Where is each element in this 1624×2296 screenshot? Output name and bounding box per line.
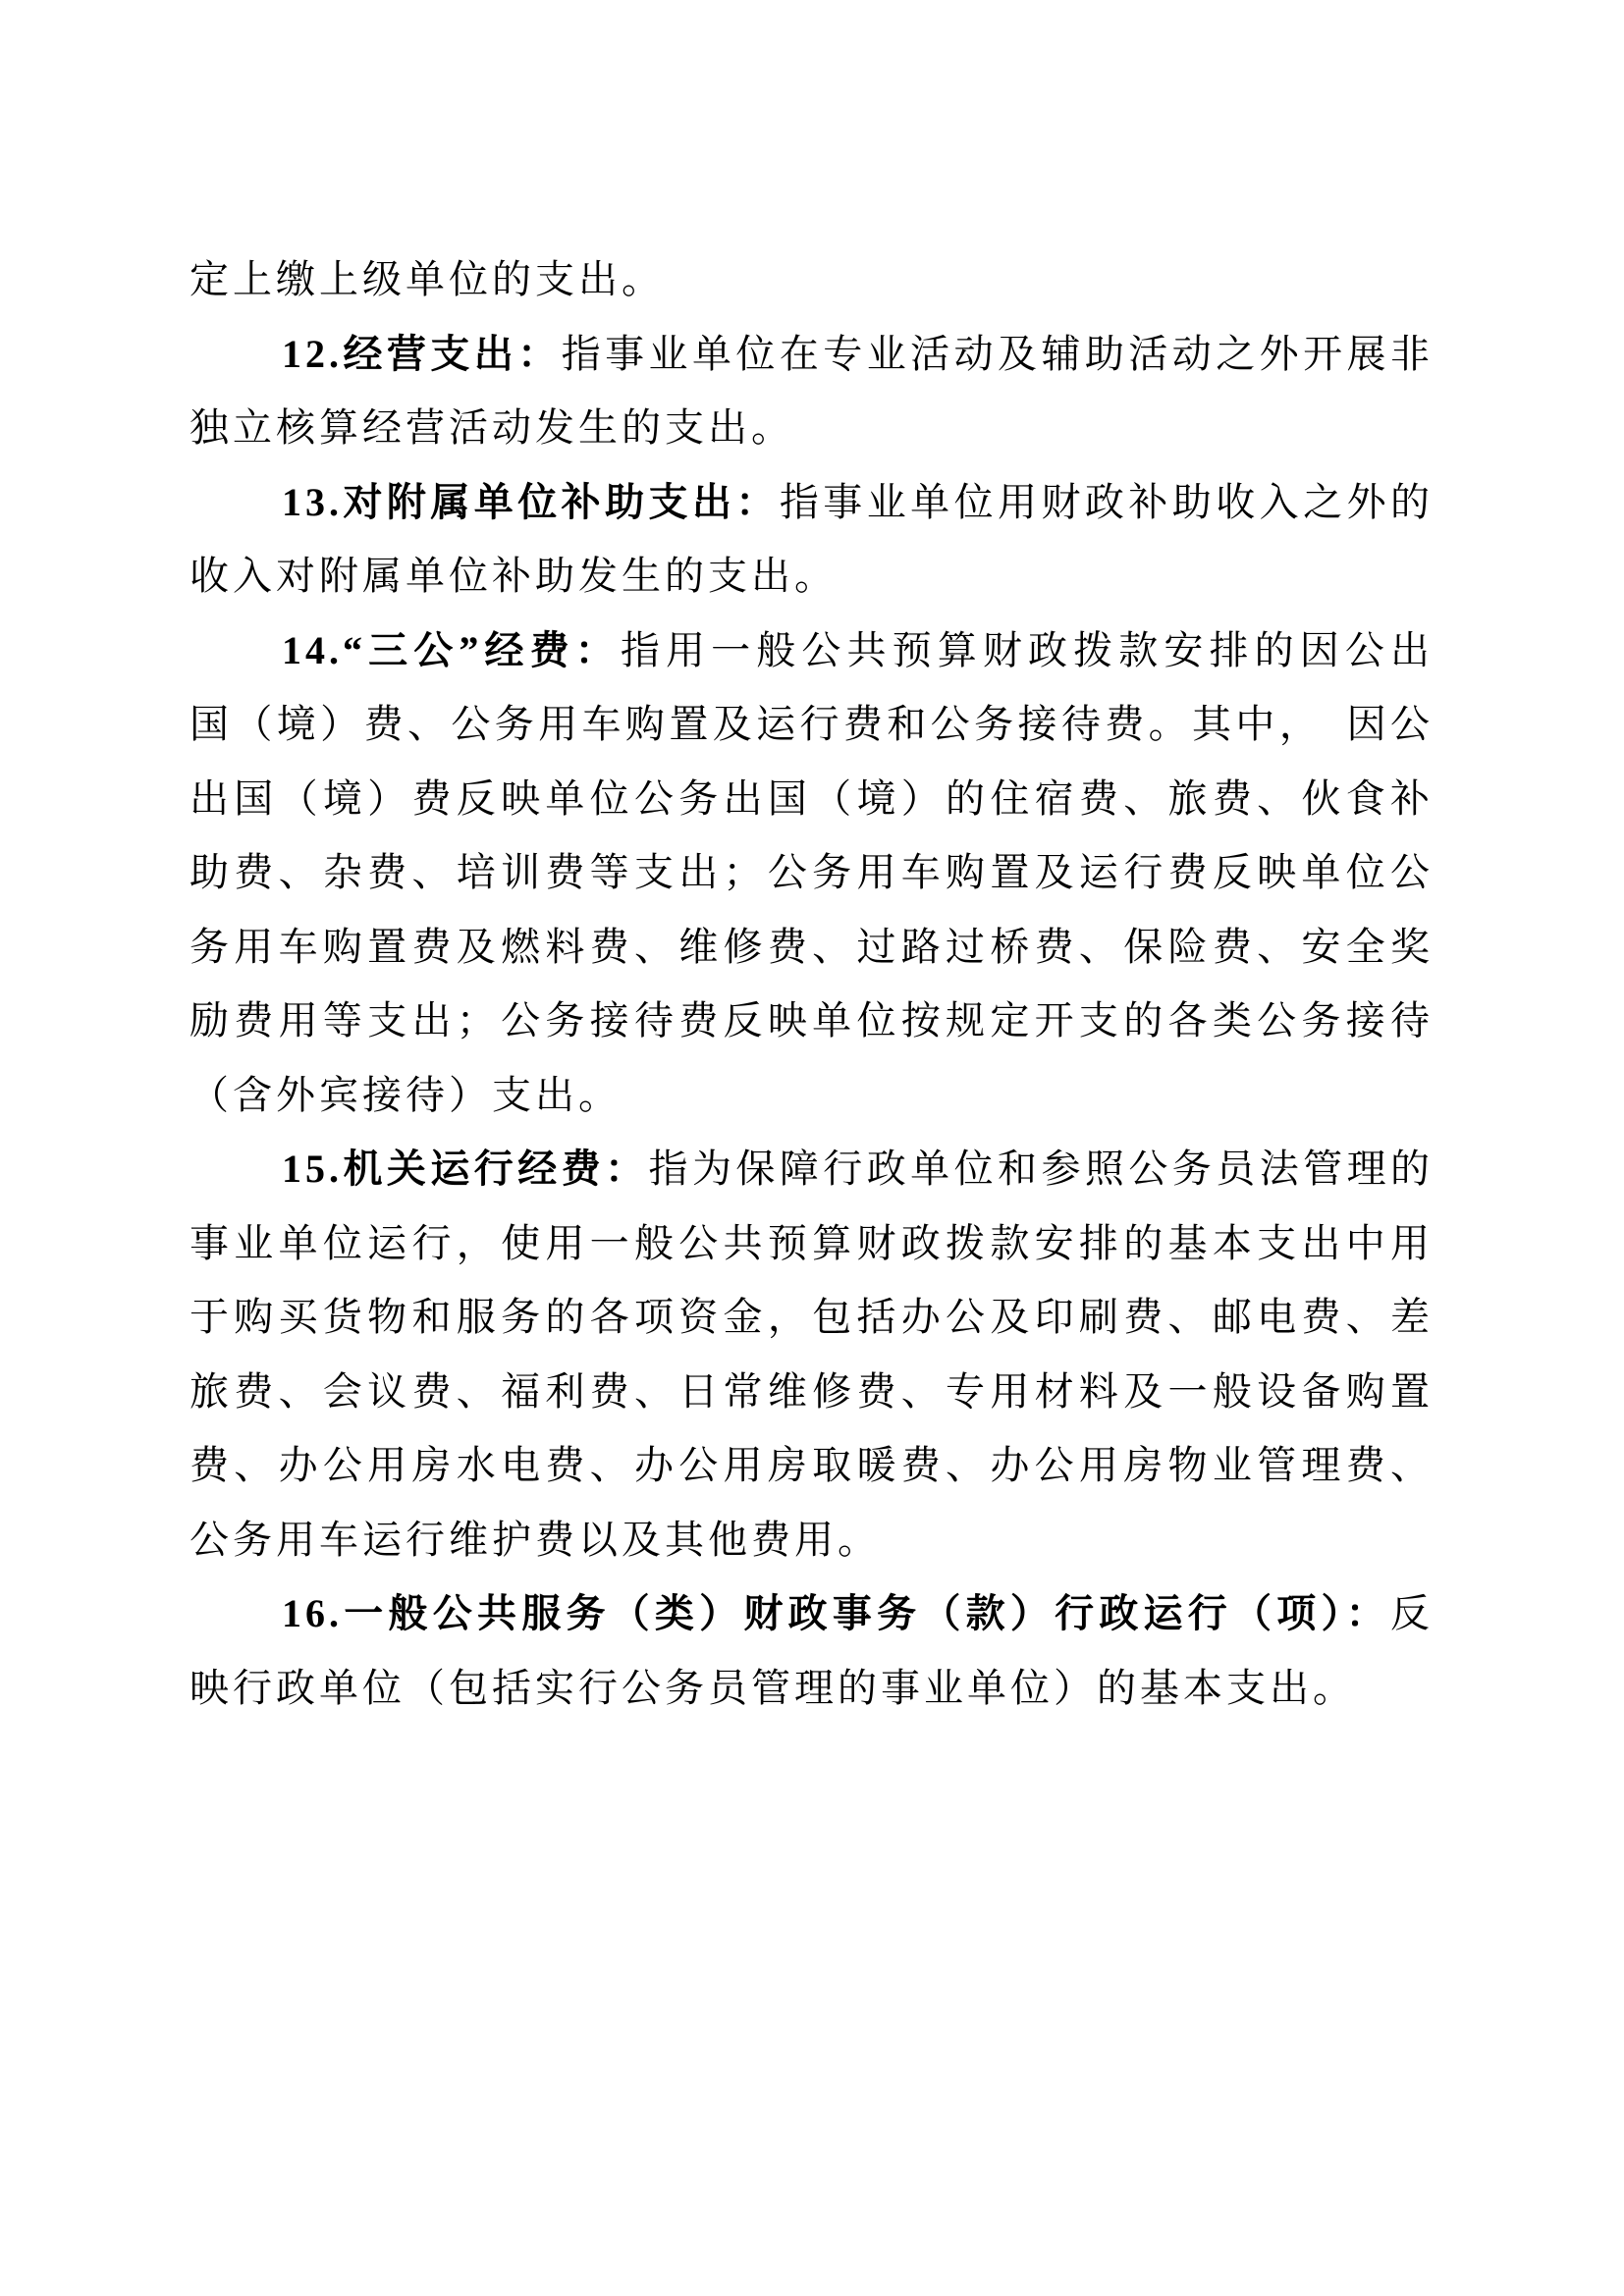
text-line: 映行政单位（包括实行公务员管理的事业单位）的基本支出。 (189, 1651, 1434, 1726)
text-line: 12.经营支出：指事业单位在专业活动及辅助活动之外开展非 (189, 317, 1434, 392)
text-line: 于购买货物和服务的各项资金，包括办公及印刷费、邮电费、差 (189, 1280, 1434, 1355)
text-line: 独立核算经营活动发生的支出。 (189, 391, 1434, 465)
term-bold: 16.一般公共服务（类）财政事务（款）行政运行（项）： (282, 1591, 1390, 1635)
text-line: 励费用等支出；公务接待费反映单位按规定开支的各类公务接待 (189, 984, 1434, 1058)
line-text: 收入对附属单位补助发生的支出。 (189, 554, 838, 598)
line-text: 国（境）费、公务用车购置及运行费和公务接待费。其中， 因公 (189, 702, 1434, 746)
line-text: 于购买货物和服务的各项资金，包括办公及印刷费、邮电费、差 (189, 1295, 1434, 1339)
text-line: 事业单位运行，使用一般公共预算财政拨款安排的基本支出中用 (189, 1206, 1434, 1281)
text-line: 13.对附属单位补助支出：指事业单位用财政补助收入之外的 (189, 465, 1434, 540)
line-text: 定上缴上级单位的支出。 (189, 257, 665, 301)
text-line: 15.机关运行经费：指为保障行政单位和参照公务员法管理的 (189, 1132, 1434, 1206)
text-line: 旅费、会议费、福利费、日常维修费、专用材料及一般设备购置 (189, 1355, 1434, 1429)
document-page: 定上缴上级单位的支出。 12.经营支出：指事业单位在专业活动及辅助活动之外开展非… (0, 0, 1624, 2296)
text-line: 16.一般公共服务（类）财政事务（款）行政运行（项）：反 (189, 1576, 1434, 1651)
line-text: 事业单位运行，使用一般公共预算财政拨款安排的基本支出中用 (189, 1221, 1434, 1265)
term-bold: 12.经营支出： (282, 332, 562, 376)
text-line: 出国（境）费反映单位公务出国（境）的住宿费、旅费、伙食补 (189, 762, 1434, 836)
term-bold: 15.机关运行经费： (282, 1147, 649, 1191)
line-text: 励费用等支出；公务接待费反映单位按规定开支的各类公务接待 (189, 998, 1434, 1042)
line-text: 费、办公用房水电费、办公用房取暖费、办公用房物业管理费、 (189, 1443, 1434, 1487)
line-text: 反 (1390, 1591, 1434, 1635)
line-text: 指事业单位用财政补助收入之外的 (780, 480, 1434, 524)
line-text: 旅费、会议费、福利费、日常维修费、专用材料及一般设备购置 (189, 1369, 1434, 1414)
line-text: 出国（境）费反映单位公务出国（境）的住宿费、旅费、伙食补 (189, 776, 1434, 821)
text-line: 收入对附属单位补助发生的支出。 (189, 539, 1434, 614)
text-line: 国（境）费、公务用车购置及运行费和公务接待费。其中， 因公 (189, 687, 1434, 762)
line-text: 指用一般公共预算财政拨款安排的因公出 (621, 628, 1434, 672)
text-line: 公务用车运行维护费以及其他费用。 (189, 1503, 1434, 1577)
term-bold: 14.“三公”经费： (282, 628, 621, 672)
text-line: 14.“三公”经费：指用一般公共预算财政拨款安排的因公出 (189, 614, 1434, 688)
term-bold: 13.对附属单位补助支出： (282, 480, 780, 524)
line-text: 指为保障行政单位和参照公务员法管理的 (649, 1147, 1434, 1191)
text-line: 务用车购置费及燃料费、维修费、过路过桥费、保险费、安全奖 (189, 910, 1434, 985)
line-text: 公务用车运行维护费以及其他费用。 (189, 1518, 881, 1562)
line-text: 映行政单位（包括实行公务员管理的事业单位）的基本支出。 (189, 1666, 1356, 1710)
text-line: （含外宾接待）支出。 (189, 1058, 1434, 1133)
line-text: 指事业单位在专业活动及辅助活动之外开展非 (562, 332, 1434, 376)
text-line: 定上缴上级单位的支出。 (189, 242, 1434, 317)
document-body: 定上缴上级单位的支出。 12.经营支出：指事业单位在专业活动及辅助活动之外开展非… (189, 242, 1434, 1725)
line-text: 助费、杂费、培训费等支出；公务用车购置及运行费反映单位公 (189, 850, 1434, 894)
line-text: 独立核算经营活动发生的支出。 (189, 405, 794, 450)
line-text: 务用车购置费及燃料费、维修费、过路过桥费、保险费、安全奖 (189, 925, 1434, 969)
line-text: （含外宾接待）支出。 (189, 1073, 622, 1117)
text-line: 费、办公用房水电费、办公用房取暖费、办公用房物业管理费、 (189, 1428, 1434, 1503)
text-line: 助费、杂费、培训费等支出；公务用车购置及运行费反映单位公 (189, 835, 1434, 910)
